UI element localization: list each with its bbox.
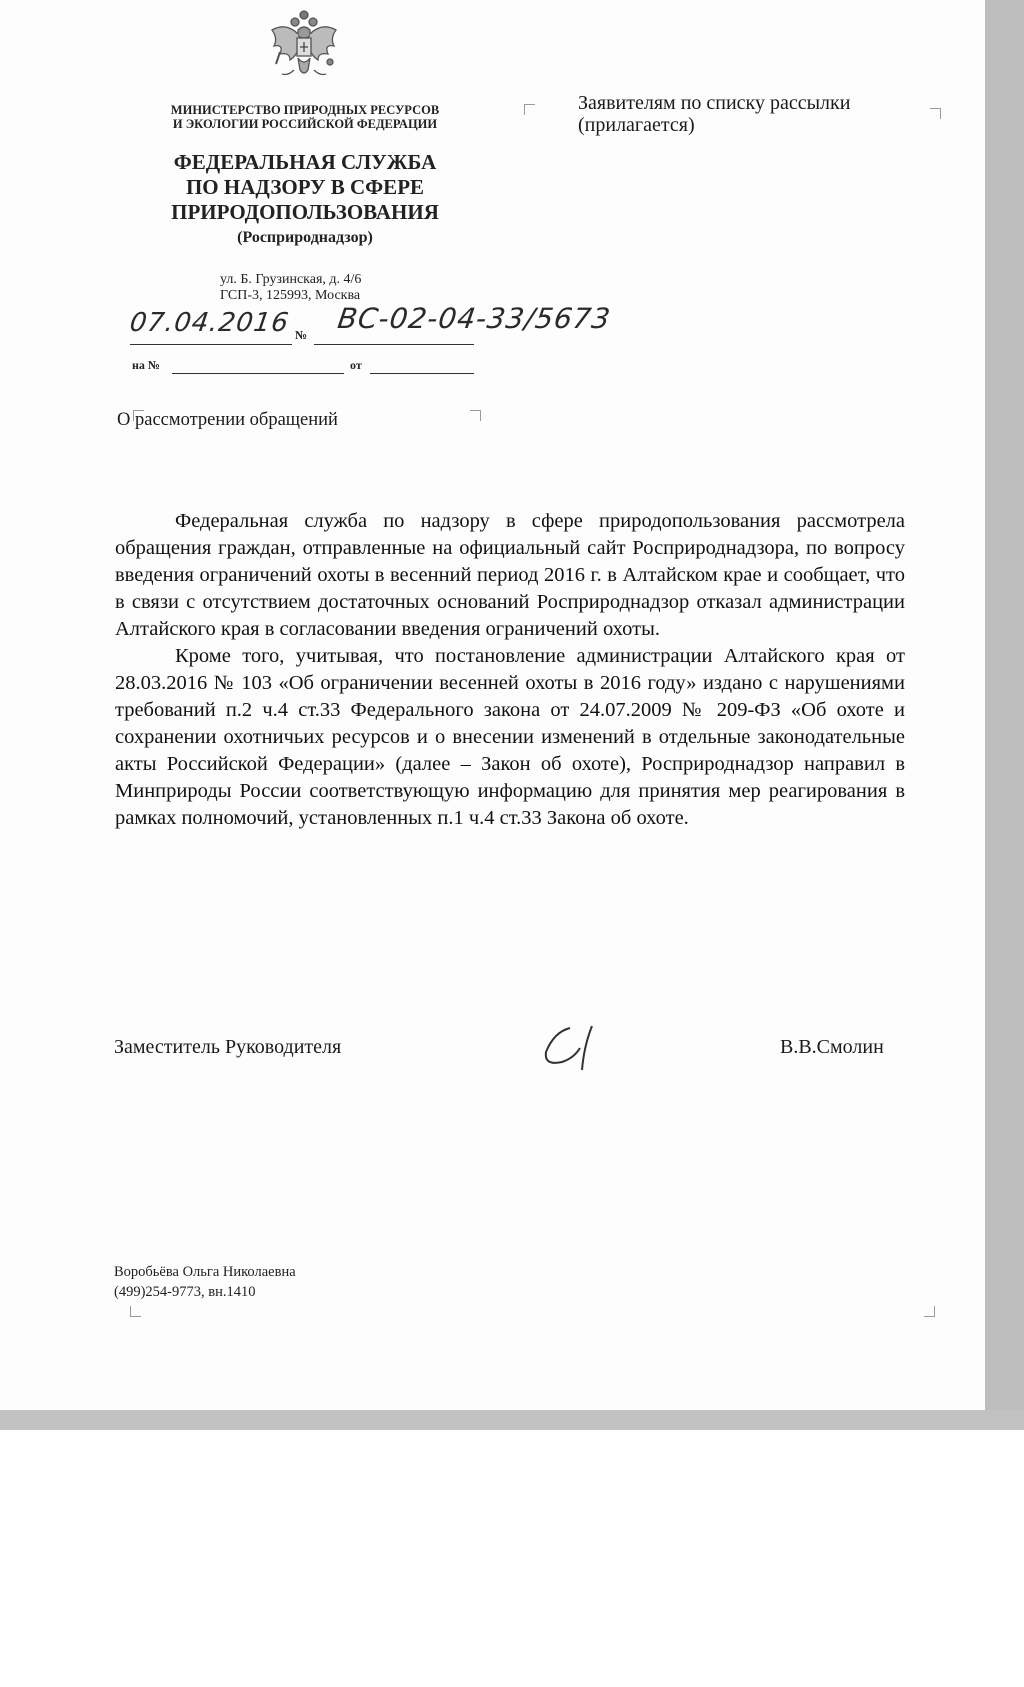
corner-mark — [130, 1306, 141, 1317]
body-paragraph: Федеральная служба по надзору в сфере пр… — [115, 508, 905, 643]
signatory-title: Заместитель Руководителя — [114, 1036, 341, 1059]
letter-subject: О рассмотрении обращений — [117, 410, 338, 431]
handwritten-number: ВС-02-04-33/5673 — [336, 302, 613, 335]
coat-of-arms-icon — [268, 8, 340, 84]
executor-phone: (499)254-9773, вн.1410 — [114, 1282, 296, 1302]
signatory-name: В.В.Смолин — [780, 1036, 884, 1059]
scan-margin-right — [985, 0, 1024, 1430]
corner-mark — [930, 108, 941, 119]
body-paragraph: Кроме того, учитывая, что постановление … — [115, 643, 905, 832]
ref-number-field — [172, 357, 344, 374]
executor-info: Воробьёва Ольга Николаевна (499)254-9773… — [114, 1262, 296, 1302]
ref-from-label: от — [350, 358, 362, 373]
address: ул. Б. Грузинская, д. 4/6 ГСП-3, 125993,… — [220, 272, 361, 304]
corner-mark — [924, 1306, 935, 1317]
scan-margin-bottom — [0, 1410, 1024, 1430]
ministry-name: МИНИСТЕРСТВО ПРИРОДНЫХ РЕСУРСОВ И ЭКОЛОГ… — [140, 103, 470, 131]
recipient: Заявителям по списку рассылки (прилагает… — [578, 92, 850, 136]
date-field: 07.04.2016 — [130, 308, 292, 345]
corner-mark — [470, 410, 481, 421]
ref-number-label: на № — [132, 358, 160, 373]
letter-body: Федеральная служба по надзору в сфере пр… — [115, 508, 905, 832]
document-page: МИНИСТЕРСТВО ПРИРОДНЫХ РЕСУРСОВ И ЭКОЛОГ… — [0, 0, 985, 1410]
service-name: ФЕДЕРАЛЬНАЯ СЛУЖБА ПО НАДЗОРУ В СФЕРЕ ПР… — [140, 150, 470, 225]
ref-date-field — [370, 357, 474, 374]
number-label: № — [295, 328, 307, 343]
handwritten-signature-icon — [540, 1022, 610, 1072]
executor-name: Воробьёва Ольга Николаевна — [114, 1262, 296, 1282]
handwritten-date: 07.04.2016 — [128, 308, 291, 338]
corner-mark — [524, 104, 535, 115]
service-abbreviation: (Росприроднадзор) — [140, 229, 470, 247]
